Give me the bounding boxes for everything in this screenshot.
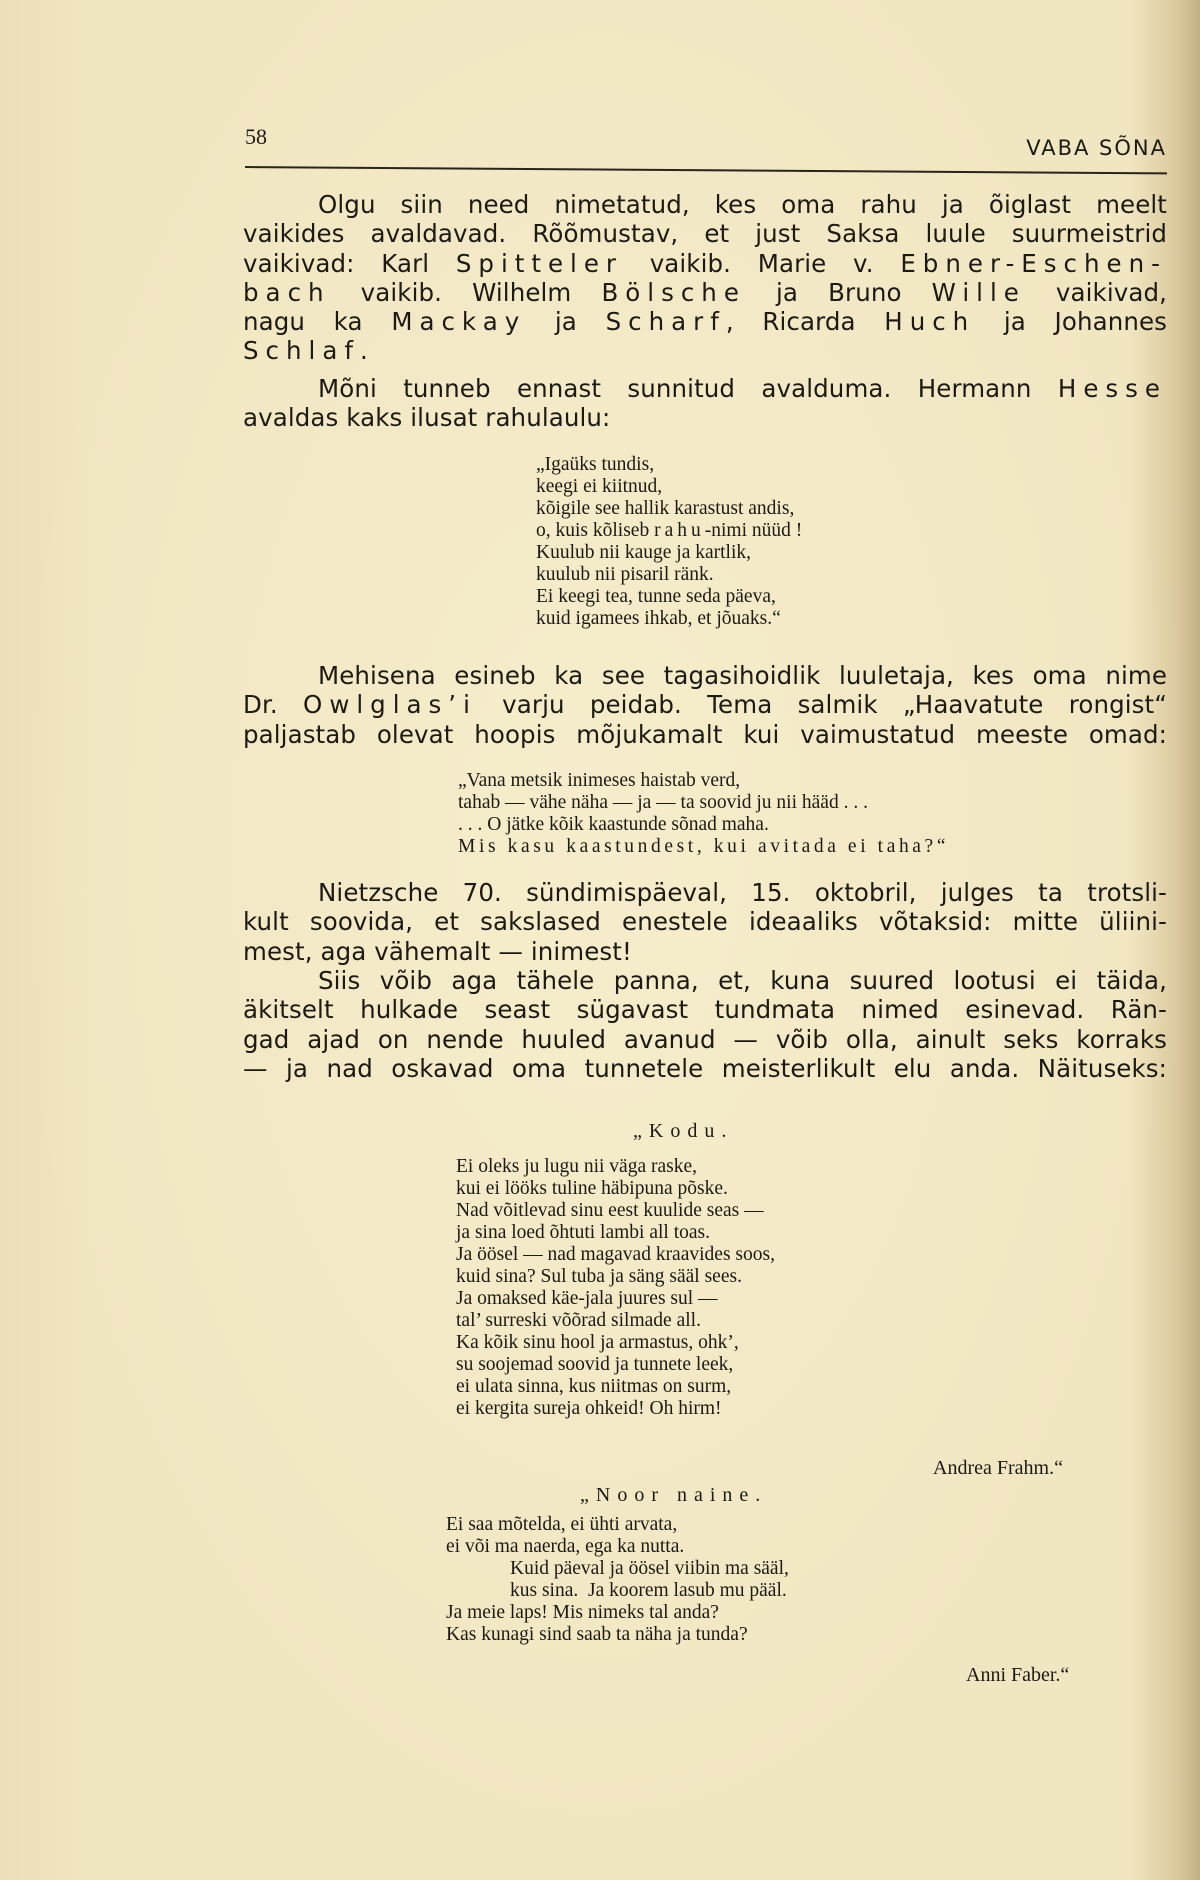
poem-noor-naine: Ei saa mõtelda, ei ühti arvata, ei või m… (446, 1514, 789, 1646)
spaced-name: Owlglas’i (303, 690, 477, 719)
verse-line: Ka kõik sinu hool ja armastus, ohk’, (456, 1332, 775, 1354)
verse-line: Nad võitlevad sinu eest kuulide seas — (456, 1200, 775, 1222)
verse-line: „Igaüks tundis, (536, 454, 802, 476)
spaced-name: Hesse (1058, 374, 1167, 403)
poem-owlglass: „Vana metsik inimeses haistab verd, taha… (458, 770, 1166, 858)
verse-line: keegi ei kiitnud, (536, 476, 802, 498)
verse-line: kuid igamees ihkab, et jõuaks.“ (536, 608, 802, 630)
verse-line: Ja omaksed käe-jala juures sul — (456, 1288, 775, 1310)
running-head: VABA SÕNA (1020, 136, 1167, 160)
verse-line: kuid sina? Sul tuba ja säng sääl sees. (456, 1266, 775, 1288)
verse-line: Kuulub nii kauge ja kartlik, (536, 542, 802, 564)
verse-line: ei ulata sinna, kus niitmas on surm, (456, 1376, 775, 1398)
paragraph-silent-poets: Olgu siin need nimetatud, kes oma rahu j… (243, 190, 1167, 366)
header-rule (245, 166, 1167, 174)
poem-title-noor-naine: „Noor naine. (580, 1484, 767, 1507)
verse-line: Kas kunagi sind saab ta näha ja tunda? (446, 1624, 789, 1646)
text-line: kult soovida, et sakslased enestele idea… (243, 907, 1167, 936)
text-line: Mõni tunneb ennast sunnitud avalduma. He… (243, 374, 1167, 403)
poem-title-kodu: „Kodu. (633, 1120, 733, 1143)
verse-line: kuulub nii pisaril ränk. (536, 564, 802, 586)
verse-line: ja sina loed õhtuti lambi all toas. (456, 1222, 775, 1244)
text-line: Nietzsche 70. sündimispäeval, 15. oktobr… (243, 878, 1167, 907)
text-line: nagu ka Mackay ja Scharf, Ricarda Huch j… (243, 307, 1167, 336)
verse-line: Ja öösel — nad magavad kraavides soos, (456, 1244, 775, 1266)
text-line: Mehisena esineb ka see tagasihoidlik luu… (243, 661, 1167, 690)
verse-line: „Vana metsik inimeses haistab verd, (458, 770, 1166, 792)
spaced-name: Mackay (391, 307, 526, 336)
spaced-name: Spitteler (456, 249, 623, 278)
text-line: Olgu siin need nimetatud, kes oma rahu j… (243, 190, 1167, 219)
spaced-word: rahu (654, 520, 705, 541)
verse-line: kõigile see hallik karastust andis, (536, 498, 802, 520)
verse-line: Ei saa mõtelda, ei ühti arvata, (446, 1514, 789, 1536)
text-line: — ja nad oskavad oma tunnetele meisterli… (243, 1054, 1167, 1083)
verse-line: kui ei lööks tuline häbipuna põske. (456, 1178, 775, 1200)
text-line: Schlaf. (243, 336, 1167, 365)
verse-line: tahab — vähe näha — ja — ta soovid ju ni… (458, 792, 1166, 814)
text-line: bach vaikib. Wilhelm Bölsche ja Bruno Wi… (243, 278, 1167, 307)
text-line: gad ajad on nende huuled avanud — võib o… (243, 1025, 1167, 1054)
page-number: 58 (245, 124, 267, 150)
spaced-name: Scharf (606, 307, 726, 336)
poem-kodu: Ei oleks ju lugu nii väga raske, kui ei … (456, 1156, 775, 1420)
text-line: paljastab olevat hoopis mõjukamalt kui v… (243, 720, 1167, 749)
spaced-name: Schlaf (243, 336, 360, 365)
verse-line: o, kuis kõliseb rahu-nimi nüüd ! (536, 520, 802, 542)
paragraph-new-names: Siis võib aga tähele panna, et, kuna suu… (243, 966, 1167, 1083)
spaced-name: Bölsche (601, 278, 745, 307)
verse-line: ei või ma naerda, ega ka nutta. (446, 1536, 789, 1558)
text-line: äkitselt hulkade seast sügavast tundmata… (243, 995, 1167, 1024)
text-line: vaikides avaldavad. Rõõmustav, et just S… (243, 219, 1167, 248)
poem-signature-frahm: Andrea Frahm.“ (933, 1457, 1063, 1480)
poem-hesse: „Igaüks tundis, keegi ei kiitnud, kõigil… (536, 454, 802, 630)
verse-line: Kuid päeval ja öösel viibin ma sääl, (446, 1558, 789, 1580)
text-line: vaikivad: Karl Spitteler vaikib. Marie v… (243, 249, 1167, 278)
verse-line: tal’ surreski võõrad silmade all. (456, 1310, 775, 1332)
verse-line: kus sina. Ja koorem lasub mu pääl. (446, 1580, 789, 1602)
verse-line: ei kergita sureja ohkeid! Oh hirm! (456, 1398, 775, 1420)
text-line: mest, aga vähemalt — inimest! (243, 937, 1167, 966)
spaced-name: bach (243, 278, 331, 307)
paragraph-owlglass: Mehisena esineb ka see tagasihoidlik luu… (243, 661, 1167, 749)
verse-line: su soojemad soovid ja tunnete leek, (456, 1354, 775, 1376)
poem-signature-faber: Anni Faber.“ (966, 1664, 1069, 1687)
verse-line: Ei oleks ju lugu nii väga raske, (456, 1156, 775, 1178)
verse-line: Ei keegi tea, tunne seda päeva, (536, 586, 802, 608)
text-line: avaldas kaks ilusat rahulaulu: (243, 403, 1167, 432)
text-line: Siis võib aga tähele panna, et, kuna suu… (243, 966, 1167, 995)
verse-line: Ja meie laps! Mis nimeks tal anda? (446, 1602, 789, 1624)
verse-line: Mis kasu kaastundest, kui avitada ei tah… (458, 836, 1166, 858)
spaced-name: Wille (932, 278, 1026, 307)
text-line: Dr. Owlglas’i varju peidab. Tema salmik … (243, 690, 1167, 719)
verse-line: . . . O jätke kõik kaastunde sõnad maha. (458, 814, 1166, 836)
spaced-name: Ebner-Eschen- (900, 249, 1167, 278)
paragraph-hesse: Mõni tunneb ennast sunnitud avalduma. He… (243, 374, 1167, 433)
spaced-name: Huch (884, 307, 975, 336)
paragraph-nietzsche: Nietzsche 70. sündimispäeval, 15. oktobr… (243, 878, 1167, 966)
